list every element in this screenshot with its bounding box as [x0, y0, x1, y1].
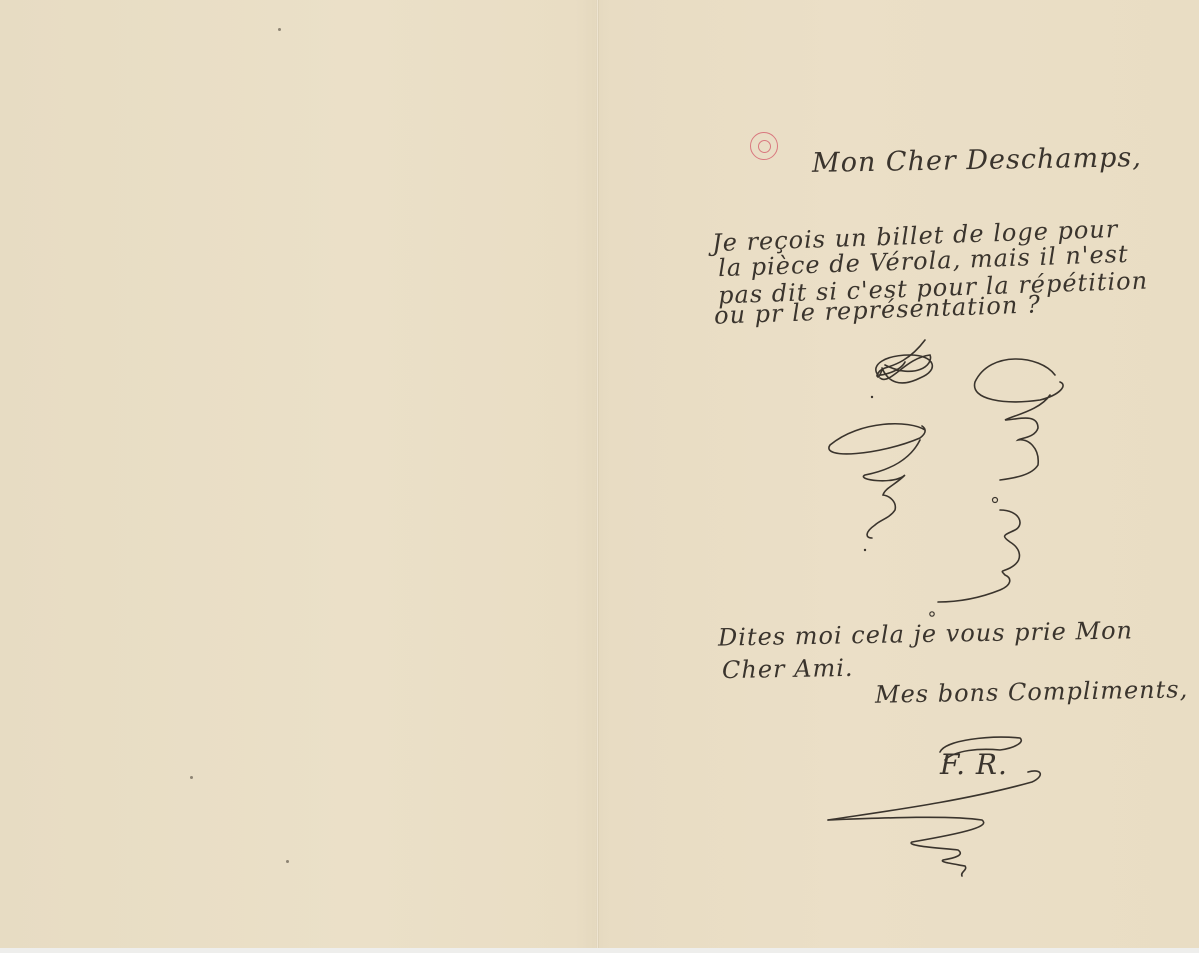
paper-speck [190, 776, 193, 779]
red-stamp-icon [750, 132, 778, 160]
closing-line-2: Cher Ami. [722, 654, 854, 684]
paper-speck [278, 28, 281, 31]
paper-speck [286, 860, 289, 863]
closing-line-3: Mes bons Compliments, [875, 675, 1189, 708]
signature-flourish-icon [800, 720, 1050, 900]
left-page-blank [0, 0, 597, 948]
question-mark-doodles-icon [800, 320, 1100, 620]
salutation: Mon Cher Deschamps, [812, 142, 1142, 179]
letter-sheet: Mon Cher Deschamps, Je reçois un billet … [0, 0, 1199, 948]
scan-bottom-edge [0, 948, 1199, 953]
